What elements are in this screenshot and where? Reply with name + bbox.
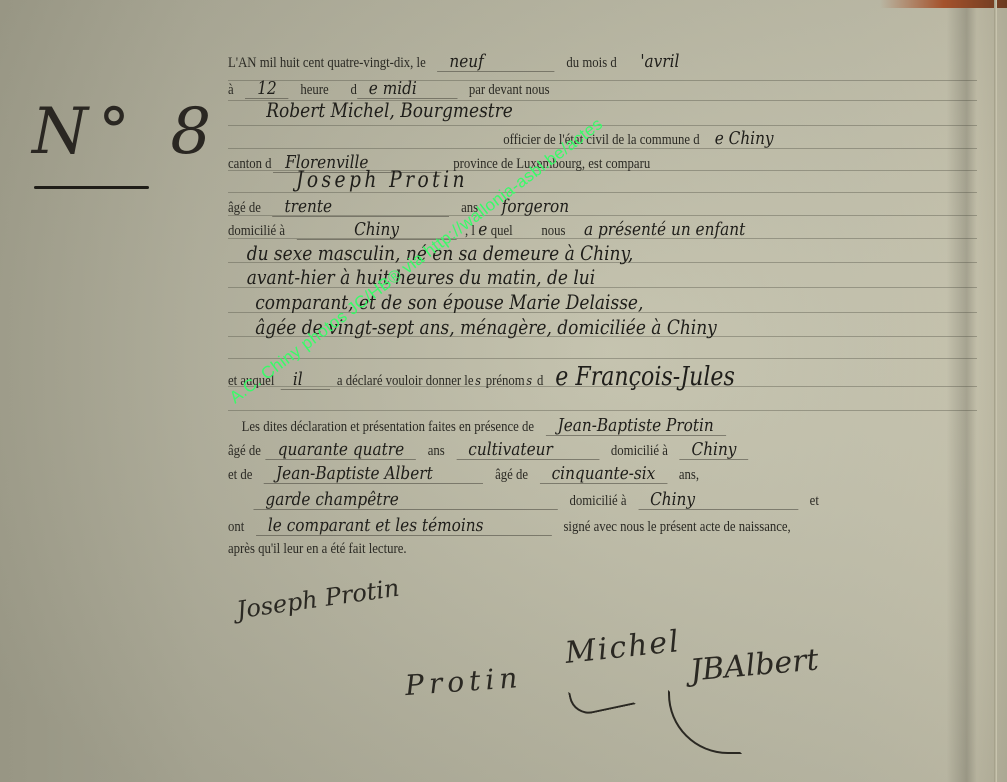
act-number-underline	[34, 186, 149, 189]
printed-text: et	[810, 493, 819, 509]
handwritten-signatories: le comparant et les témoins	[256, 517, 552, 536]
handwritten-commune: e Chiny	[703, 130, 786, 148]
book-edge	[880, 0, 1007, 8]
printed-text: officier de l'état civil de la commune d	[503, 132, 699, 148]
handwritten-witness1-age: quarante quatre	[266, 441, 416, 460]
handwritten-mother: comparant, et de son épouse Marie Delais…	[255, 293, 643, 311]
handwritten-pronoun: il	[281, 371, 330, 390]
printed-text: après qu'il leur en a été fait lecture.	[228, 541, 407, 557]
record-line-13: et auquel il a déclaré vouloir donner le…	[228, 368, 866, 391]
signature-flourish	[668, 690, 742, 754]
record-line-8: domicilié à Chiny, lequel nous a présent…	[228, 221, 866, 240]
printed-text: ans	[428, 443, 445, 459]
printed-text: canton d	[228, 156, 272, 172]
record-line-15: âgé de quarante quatre ans cultivateur d…	[228, 441, 866, 460]
printed-text: domicilié à	[569, 493, 626, 509]
handwritten-officer: Robert Michel, Bourgmestre	[266, 101, 513, 119]
printed-text: ans,	[679, 467, 699, 483]
printed-text: quel	[491, 223, 513, 239]
handwritten-child-name: e François-Jules	[543, 368, 746, 386]
ruled-line	[228, 410, 977, 411]
signature-officer: Michel	[563, 624, 682, 671]
handwritten-time: e midi	[357, 80, 457, 99]
printed-text: domicilié à	[228, 223, 285, 239]
signature-witness2: JBAlbert	[689, 642, 820, 688]
record-line-14: Les dites déclaration et présentation fa…	[228, 417, 866, 436]
handwritten-presentation: a présenté un enfant	[572, 221, 757, 239]
handwritten-age: trente	[273, 198, 450, 217]
signature-declarant: Joseph Protin	[235, 574, 401, 625]
printed-text: nous	[541, 223, 565, 239]
signature-witness1: Protin	[404, 661, 523, 702]
handwritten-witness1: Jean-Baptiste Protin	[546, 417, 726, 436]
record-line-9: du sexe masculin, né en sa demeure à Chi…	[228, 244, 866, 266]
handwritten-witness2-occupation: garde champêtre	[254, 491, 558, 510]
record-line-2: à 12 heure de midi par devant nous	[228, 80, 866, 99]
printed-text: domicilié à	[611, 443, 668, 459]
printed-text: prénom	[486, 373, 525, 389]
handwritten-hour: 12	[245, 80, 288, 99]
printed-text: âgé de	[228, 443, 261, 459]
printed-text: ont	[228, 519, 244, 535]
ruled-line	[228, 358, 977, 359]
handwritten-declarant: Joseph Protin	[296, 172, 468, 190]
record-line-19: après qu'il leur en a été fait lecture.	[228, 540, 866, 558]
printed-text: âgé de	[495, 467, 528, 483]
handwritten-day: neuf	[437, 53, 554, 72]
handwritten-plural: s	[525, 373, 534, 391]
printed-text: et de	[228, 467, 252, 483]
record-line-18: ont le comparant et les témoins signé av…	[228, 517, 866, 536]
record-line-3: Robert Michel, Bourgmestre	[228, 101, 866, 125]
printed-text: a déclaré vouloir donner le	[337, 373, 474, 389]
printed-text: par devant nous	[469, 82, 550, 98]
record-line-11: comparant, et de son épouse Marie Delais…	[228, 293, 866, 315]
record-line-7: âgé de trente ans forgeron	[228, 198, 866, 217]
record-line-16: et de Jean-Baptiste Albert âgé de cinqua…	[228, 465, 866, 484]
printed-text: du mois d	[566, 55, 616, 71]
handwritten-witness1-occupation: cultivateur	[456, 441, 599, 460]
record-line-4: officier de l'état civil de la commune d…	[228, 130, 866, 149]
handwritten-witness2-age: cinquante-six	[540, 465, 667, 484]
handwritten-witness2: Jean-Baptiste Albert	[264, 465, 483, 484]
printed-text: heure	[300, 82, 328, 98]
handwritten-witness1-domicile: Chiny	[680, 441, 749, 460]
printed-text: L'AN mil huit cent quatre-vingt-dix, le	[228, 55, 426, 71]
printed-text: Les dites déclaration et présentation fa…	[242, 419, 534, 435]
act-number: N° 8	[32, 95, 221, 169]
printed-text: âgé de	[228, 200, 261, 216]
printed-text: à	[228, 82, 234, 98]
handwritten-witness2-domicile: Chiny	[638, 491, 798, 510]
handwritten-birth-time: avant-hier à huit heures du matin, de lu…	[247, 268, 595, 286]
signature-flourish	[568, 679, 636, 718]
handwritten-plural: s	[474, 373, 483, 391]
record-line-1: L'AN mil huit cent quatre-vingt-dix, le …	[228, 53, 866, 72]
handwritten-month: 'avril	[628, 53, 691, 71]
record-line-6: Joseph Protin	[228, 172, 866, 194]
record-line-10: avant-hier à huit heures du matin, de lu…	[228, 268, 866, 290]
book-gutter	[994, 0, 997, 782]
record-line-17: garde champêtre domicilié à Chiny et	[228, 491, 866, 510]
printed-text: signé avec nous le présent acte de naiss…	[563, 519, 790, 535]
